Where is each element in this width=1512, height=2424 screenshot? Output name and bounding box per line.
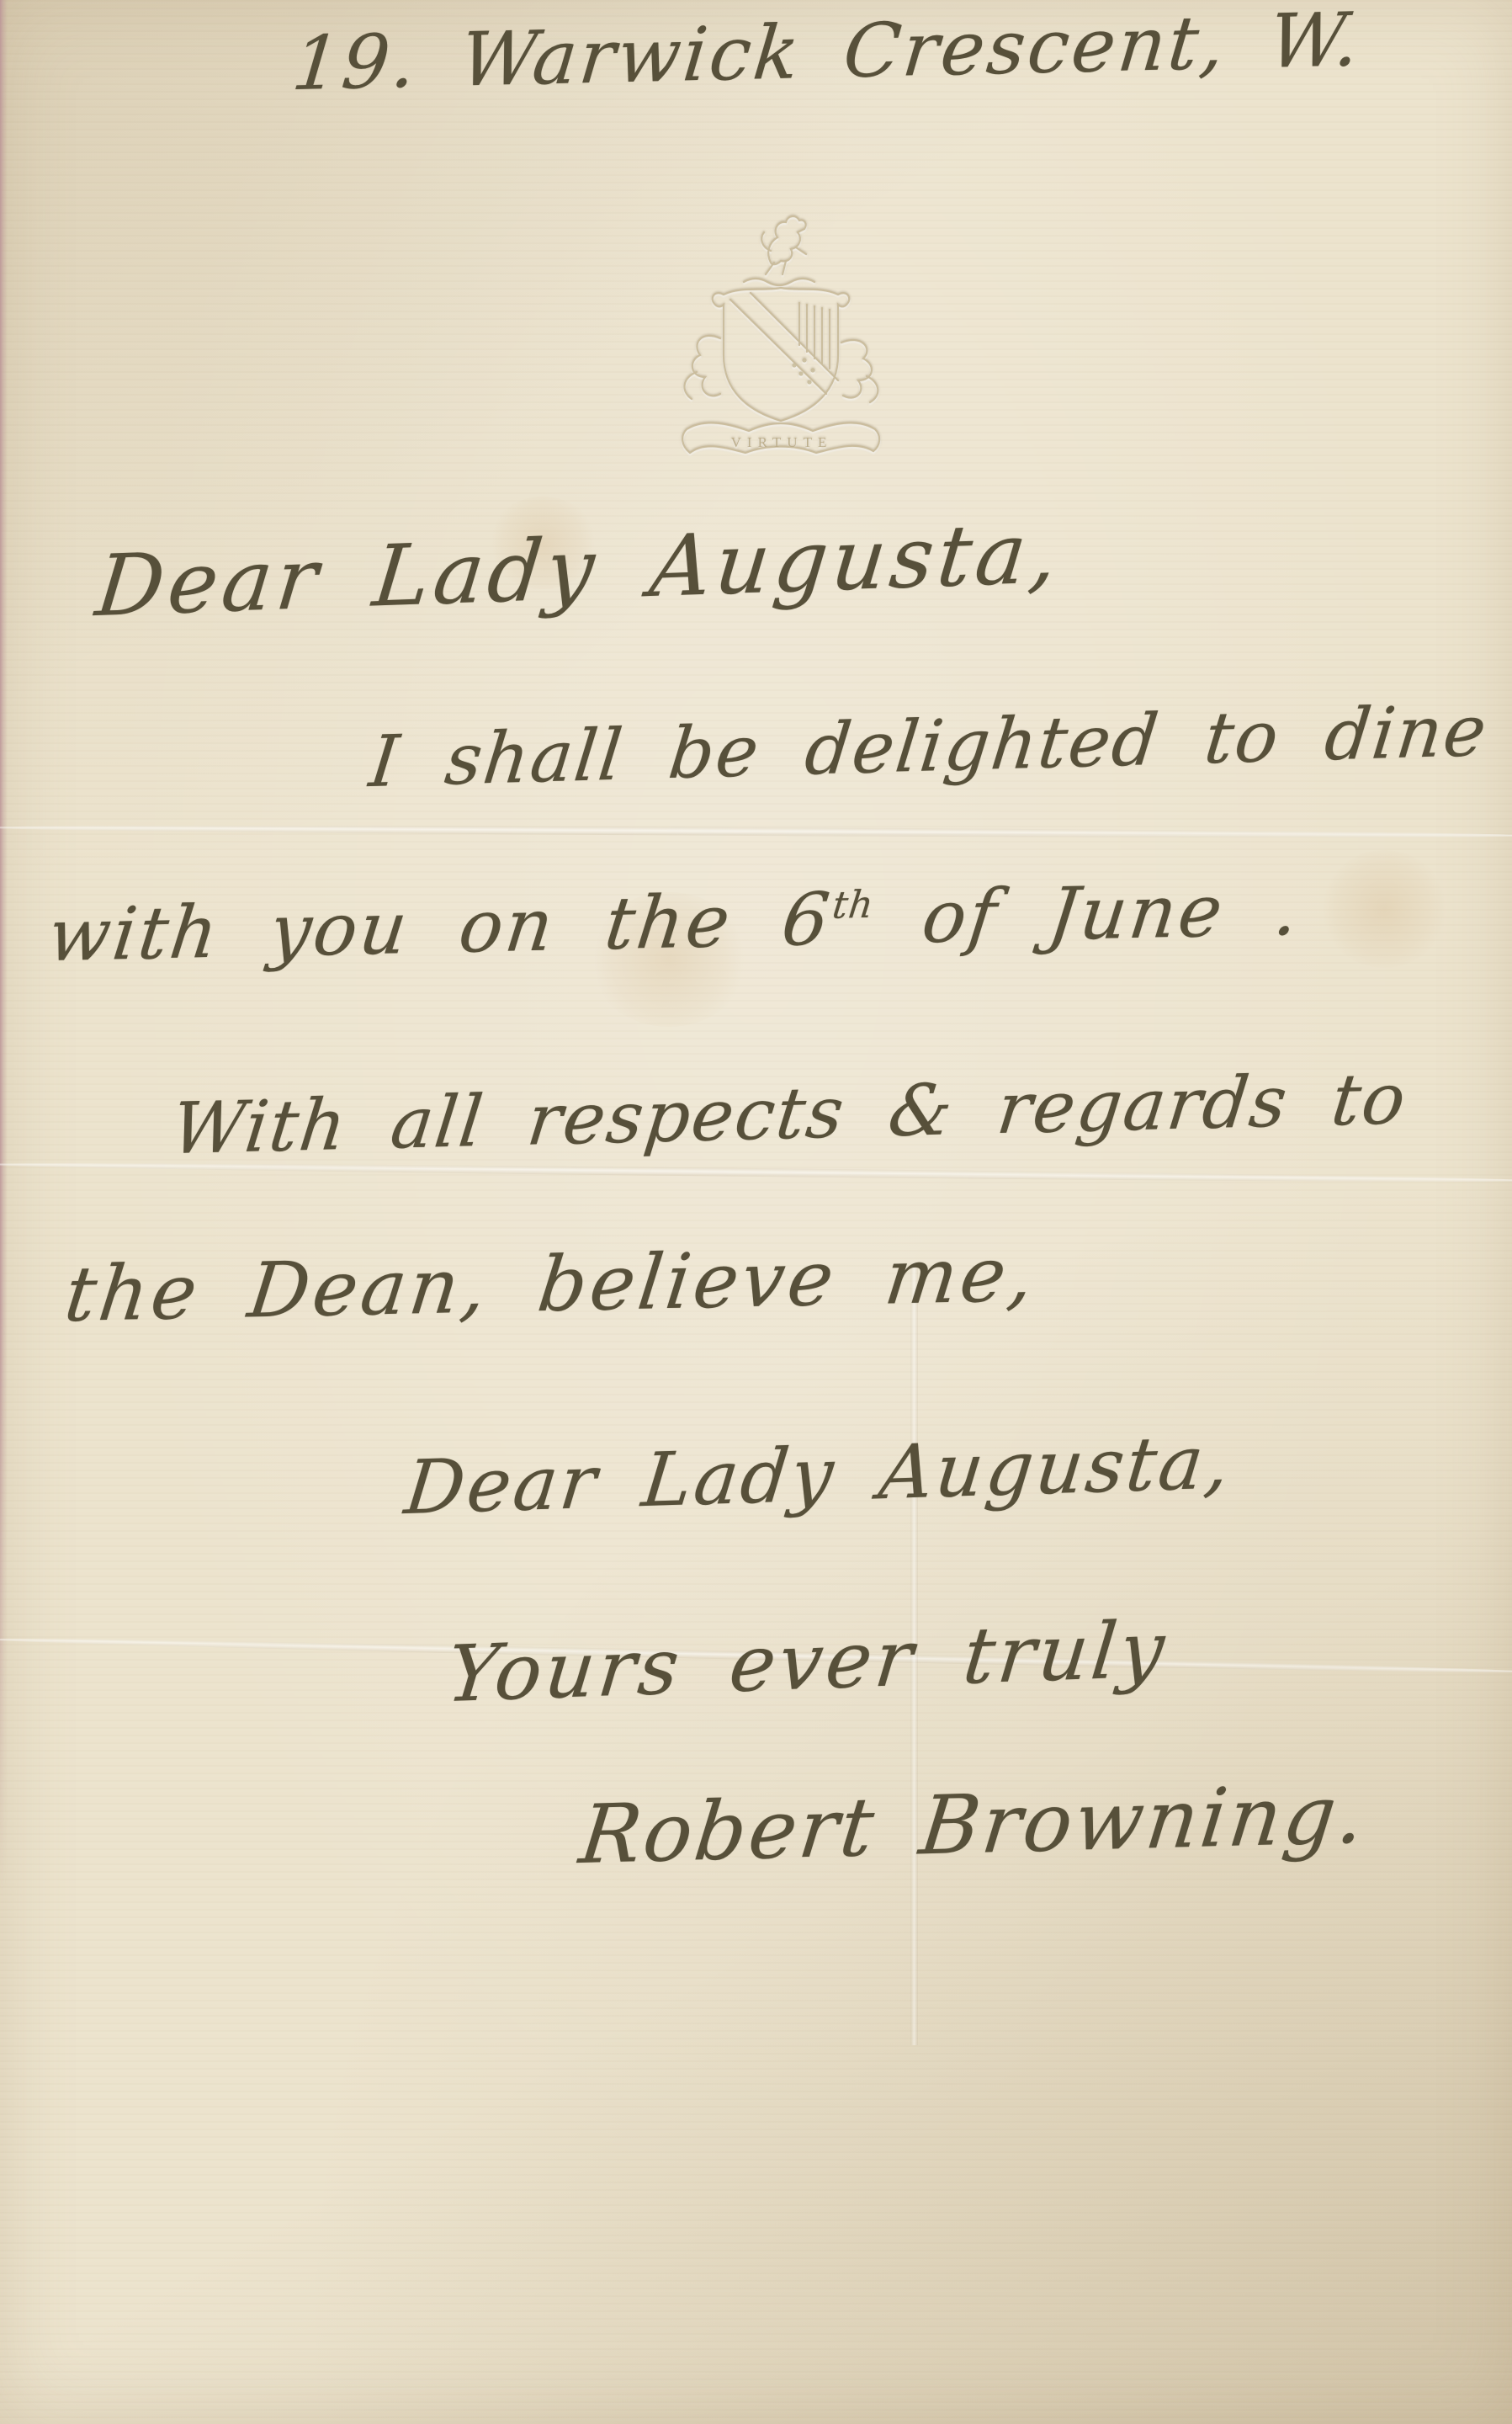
signature-line: Robert Browning. (576, 1767, 1372, 1882)
closing-line-1: Dear Lady Augusta, (401, 1418, 1236, 1531)
body-line-2-text: with you on the 6 (44, 877, 836, 978)
address-line: 19. Warwick Crescent, W. (289, 0, 1366, 107)
age-stain (1321, 850, 1447, 968)
ordinal-superscript: th (830, 882, 877, 928)
embossed-crest: VIRTUTE (671, 204, 892, 475)
body-line-3: With all respects & regards to (167, 1057, 1411, 1170)
fold-crease-horizontal-1 (0, 823, 1512, 840)
body-line-2-text-end: of June . (867, 868, 1305, 961)
salutation-line: Dear Lady Augusta, (92, 503, 1066, 636)
body-line-2: with you on the 6th of June . (44, 868, 1305, 978)
body-line-4: the Dean, believe me, (61, 1231, 1042, 1339)
crest-motto-banner: VIRTUTE (682, 423, 879, 453)
lion-rampant-icon (761, 216, 806, 274)
paper-deckle-edge (0, 0, 8, 1890)
crest-shield (713, 288, 850, 421)
closing-line-2: Yours ever truly (443, 1604, 1171, 1720)
crest-motto-text: VIRTUTE (731, 434, 833, 450)
crest-mantling-flourishes (684, 336, 878, 402)
crest-torse (744, 279, 814, 285)
letter-paper: VIRTUTE 19. Warwick Crescent, W. Dear La… (0, 0, 1512, 2424)
body-line-1: I shall be delighted to dine (365, 689, 1492, 803)
